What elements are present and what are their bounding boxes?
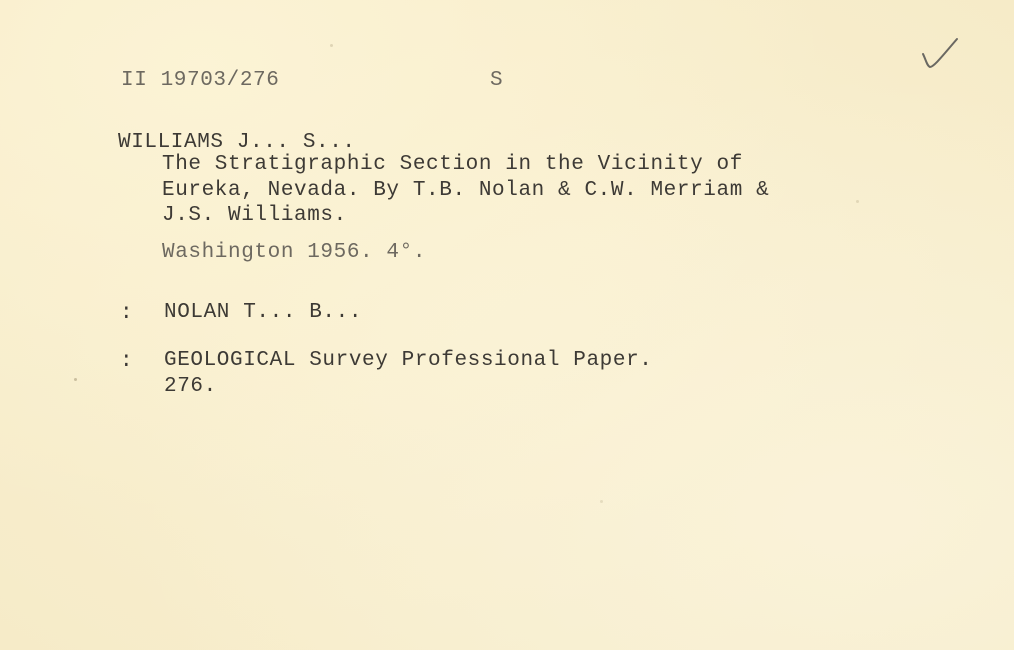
- call-number: II 19703/276: [121, 70, 279, 91]
- title-line: J.S. Williams.: [162, 205, 347, 226]
- imprint: Washington 1956. 4°.: [162, 242, 426, 263]
- paper-speck: [74, 378, 77, 381]
- added-entry-series: GEOLOGICAL Survey Professional Paper.: [164, 350, 652, 371]
- checkmark-icon: [918, 36, 962, 72]
- title-line: The Stratigraphic Section in the Vicinit…: [162, 154, 743, 175]
- added-entry-bullet: :: [120, 350, 133, 373]
- added-entry-series-number: 276.: [164, 376, 217, 397]
- added-entry-bullet: :: [120, 302, 133, 325]
- added-entry-author: NOLAN T... B...: [164, 302, 362, 323]
- paper-speck: [600, 500, 603, 503]
- series-flag: S: [490, 70, 503, 91]
- paper-speck: [856, 200, 859, 203]
- catalog-card: II 19703/276 S WILLIAMS J... S... The St…: [0, 0, 1014, 650]
- paper-speck: [330, 44, 333, 47]
- title-line: Eureka, Nevada. By T.B. Nolan & C.W. Mer…: [162, 180, 769, 201]
- main-heading: WILLIAMS J... S...: [118, 132, 356, 153]
